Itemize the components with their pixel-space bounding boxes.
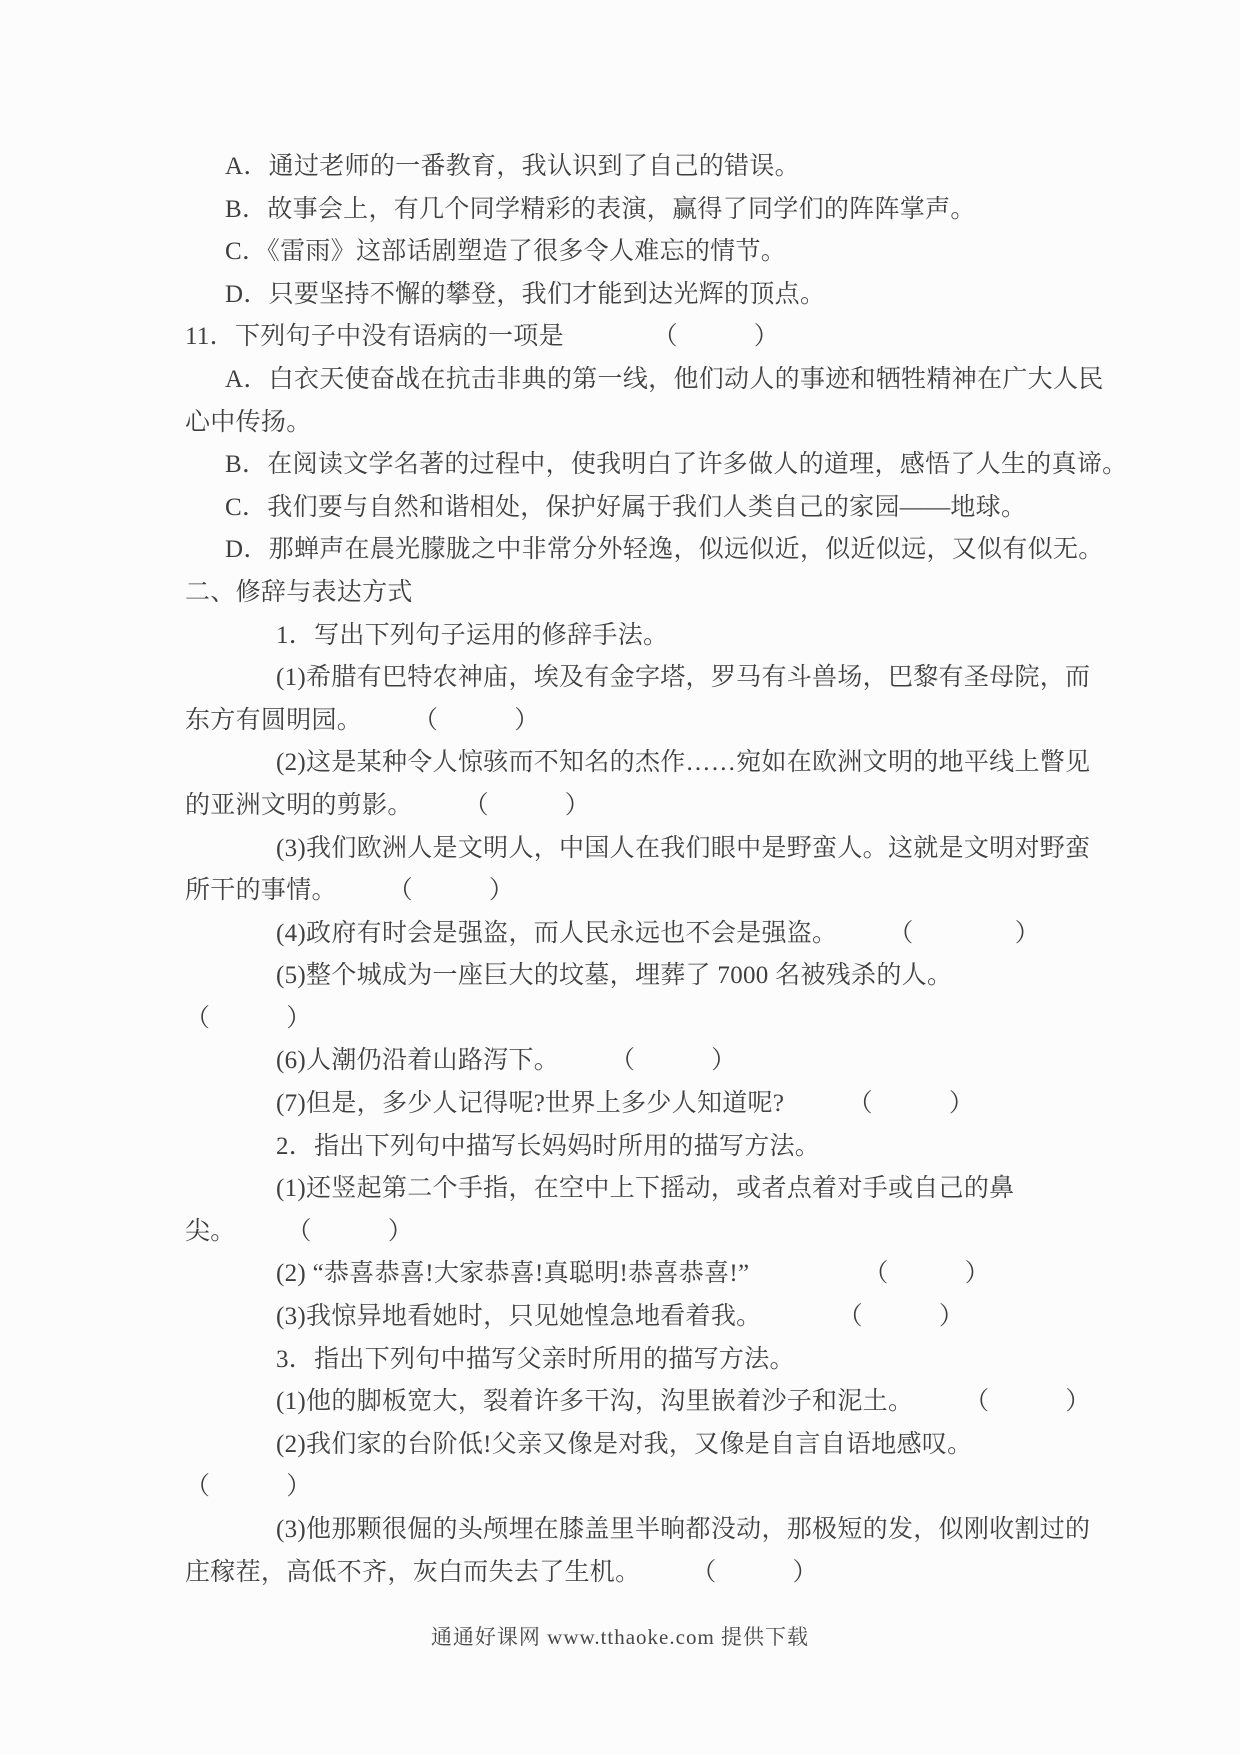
answer-blank-line: （ ） [185, 998, 1085, 1041]
exercise-sentence-line: (2)这是某种令人惊骇而不知名的杰作……宛如在欧洲文明的地平线上瞥见 [185, 742, 1085, 785]
section-heading: 二、修辞与表达方式 [185, 572, 1085, 615]
exam-content: A．通过老师的一番教育，我认识到了自己的错误。 B．故事会上，有几个同学精彩的表… [185, 146, 1085, 1594]
continuation-line: 庄稼茬，高低不齐，灰白而失去了生机。 （ ） [185, 1552, 1085, 1595]
mc-option-line: D．那蝉声在晨光朦胧之中非常分外轻逸，似远似近，似近似远，又似有似无。 [185, 529, 1085, 572]
exercise-sentence-line: (5)整个城成为一座巨大的坟墓，埋葬了 7000 名被残杀的人。 [185, 955, 1085, 998]
exercise-sentence-line: (2)我们家的台阶低!父亲又像是对我，又像是自言自语地感叹。 [185, 1424, 1085, 1467]
mc-option-line: B．故事会上，有几个同学精彩的表演，赢得了同学们的阵阵掌声。 [185, 189, 1085, 232]
task-instruction-line: 3．指出下列句中描写父亲时所用的描写方法。 [185, 1339, 1085, 1382]
exercise-sentence-line: (3)他那颗很倔的头颅埋在膝盖里半晌都没动，那极短的发，似刚收割过的 [185, 1509, 1085, 1552]
exercise-sentence-line: (4)政府有时会是强盗，而人民永远也不会是强盗。 （ ） [185, 913, 1085, 956]
mc-option-line: B．在阅读文学名著的过程中，使我明白了许多做人的道理，感悟了人生的真谛。 [185, 444, 1085, 487]
mc-option-line: D．只要坚持不懈的攀登，我们才能到达光辉的顶点。 [185, 274, 1085, 317]
exercise-sentence-line: (1)他的脚板宽大，裂着许多干沟，沟里嵌着沙子和泥土。 （ ） [185, 1381, 1085, 1424]
exam-page: A．通过老师的一番教育，我认识到了自己的错误。 B．故事会上，有几个同学精彩的表… [0, 0, 1240, 1754]
task-instruction-line: 2．指出下列句中描写长妈妈时所用的描写方法。 [185, 1126, 1085, 1169]
task-instruction-line: 1．写出下列句子运用的修辞手法。 [185, 615, 1085, 658]
exercise-sentence-line: (3)我惊异地看她时，只见她惶急地看着我。 （ ） [185, 1296, 1085, 1339]
exercise-sentence-line: (1)还竖起第二个手指，在空中上下摇动，或者点着对手或自己的鼻 [185, 1168, 1085, 1211]
page-footer: 通通好课网 www.tthaoke.com 提供下载 [0, 1622, 1240, 1652]
question-stem-line: 11．下列句子中没有语病的一项是 （ ） [185, 316, 1085, 359]
continuation-line: 心中传扬。 [185, 402, 1085, 445]
mc-option-line: A．通过老师的一番教育，我认识到了自己的错误。 [185, 146, 1085, 189]
exercise-sentence-line: (6)人潮仍沿着山路泻下。 （ ） [185, 1040, 1085, 1083]
continuation-line: 东方有圆明园。 （ ） [185, 700, 1085, 743]
continuation-line: 的亚洲文明的剪影。 （ ） [185, 785, 1085, 828]
exercise-sentence-line: (1)希腊有巴特农神庙，埃及有金字塔，罗马有斗兽场，巴黎有圣母院，而 [185, 657, 1085, 700]
mc-option-line: C．《雷雨》这部话剧塑造了很多令人难忘的情节。 [185, 231, 1085, 274]
mc-option-line: A．白衣天使奋战在抗击非典的第一线，他们动人的事迹和牺牲精神在广大人民 [185, 359, 1085, 402]
answer-blank-line: （ ） [185, 1466, 1085, 1509]
exercise-sentence-line: (2) “恭喜恭喜!大家恭喜!真聪明!恭喜恭喜!” （ ） [185, 1253, 1085, 1296]
mc-option-line: C．我们要与自然和谐相处，保护好属于我们人类自己的家园——地球。 [185, 487, 1085, 530]
exercise-sentence-line: (7)但是，多少人记得呢?世界上多少人知道呢? （ ） [185, 1083, 1085, 1126]
continuation-line: 尖。 （ ） [185, 1211, 1085, 1254]
exercise-sentence-line: (3)我们欧洲人是文明人，中国人在我们眼中是野蛮人。这就是文明对野蛮 [185, 828, 1085, 871]
continuation-line: 所干的事情。 （ ） [185, 870, 1085, 913]
